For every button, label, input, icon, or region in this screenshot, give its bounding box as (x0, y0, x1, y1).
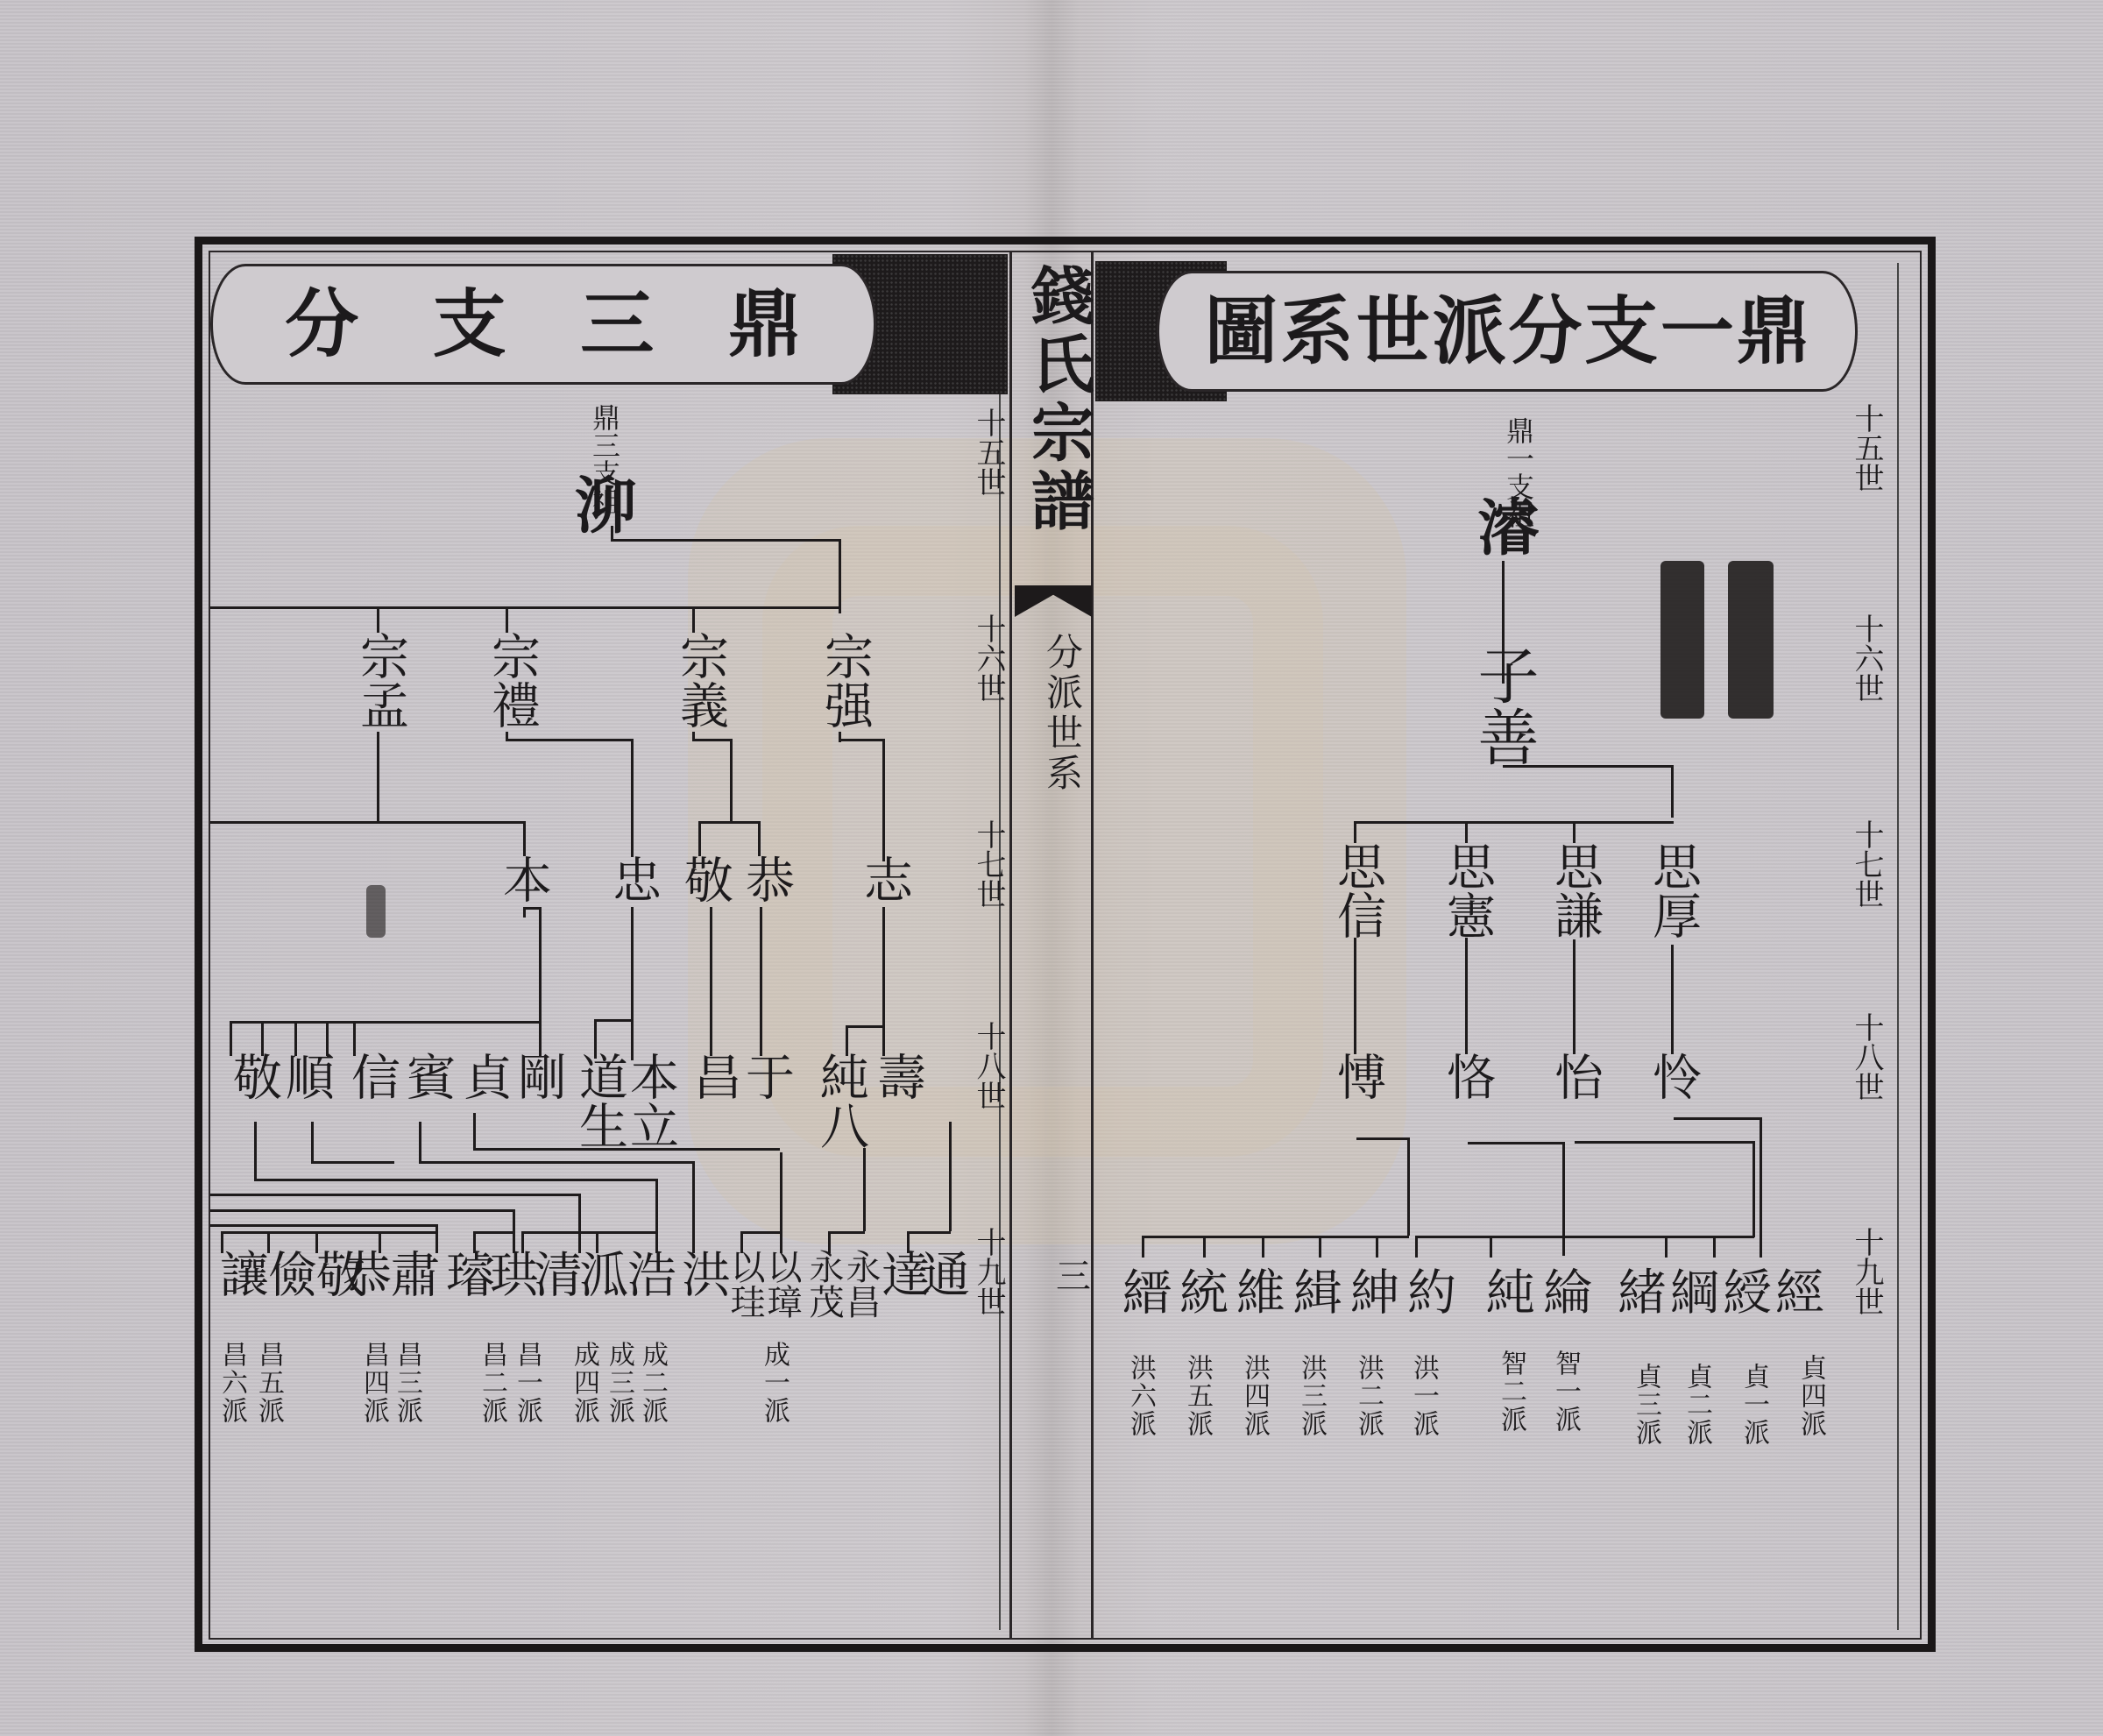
person-name: 綬 (1717, 1266, 1768, 1315)
person-name: 綱 (1665, 1266, 1716, 1315)
person-name: 紳 (1345, 1266, 1396, 1315)
tree-line (631, 907, 634, 1060)
tree-line (1415, 1236, 1754, 1238)
branch-note: 昌六派 (217, 1341, 245, 1425)
tree-line (1503, 765, 1672, 768)
branch-note: 成一派 (760, 1341, 788, 1425)
title-char: 分 (285, 287, 358, 361)
tree-line (1760, 1117, 1762, 1258)
person-name: 綸 (1538, 1266, 1589, 1315)
tree-line (1142, 1236, 1144, 1258)
tree-line (210, 821, 526, 824)
ink-smudge (1728, 561, 1774, 719)
tree-line (539, 907, 542, 1056)
generation-label: 十七世 (1851, 819, 1882, 909)
tree-line (1674, 1117, 1761, 1120)
branch-note: 昌五派 (254, 1341, 282, 1425)
generation-label: 十九世 (1851, 1227, 1882, 1316)
tree-line (230, 1021, 541, 1024)
tree-line (523, 821, 526, 856)
tree-line (1490, 1236, 1492, 1258)
generation-label: 十九世 (973, 1227, 1004, 1316)
branch-note: 貞二派 (1682, 1363, 1710, 1447)
person-name: 賓 (401, 1052, 452, 1101)
tree-line (1573, 939, 1575, 1054)
title-char: 一 (1660, 294, 1734, 368)
person-name: 本 (498, 854, 549, 903)
tree-line (578, 1194, 581, 1253)
person-name: 讓 (215, 1249, 266, 1298)
tree-line (780, 1152, 782, 1253)
person-name: 思厚 (1647, 841, 1698, 939)
tree-line (698, 821, 760, 824)
branch-note: 洪一派 (1409, 1354, 1437, 1438)
title-cartouche: 分 支 三 鼎 (210, 264, 876, 385)
person-name: 宗禮 (486, 631, 537, 729)
tree-line (692, 606, 695, 633)
person-name: 思憲 (1441, 841, 1492, 939)
tree-line (1354, 821, 1356, 843)
person-name: 昌 (688, 1052, 739, 1101)
spine-rule-left (1009, 251, 1012, 1640)
tree-line (828, 1231, 865, 1234)
tree-line (949, 1122, 952, 1231)
tree-line (1262, 1236, 1264, 1258)
tree-line (655, 1179, 658, 1253)
tree-line (1573, 821, 1575, 843)
tree-line (1713, 1236, 1716, 1258)
tree-line (1142, 1236, 1409, 1238)
person-name: 璿 (441, 1249, 492, 1298)
branch-note: 智二派 (1497, 1350, 1525, 1434)
branch-note: 洪二派 (1354, 1354, 1382, 1438)
branch-note: 昌二派 (478, 1341, 506, 1425)
generation-label: 十七世 (973, 819, 1004, 909)
title-char: 分 (1508, 294, 1582, 368)
tree-line (506, 606, 508, 633)
tree-line (523, 907, 541, 910)
person-name: 以璋 (762, 1249, 801, 1319)
tree-line (594, 1019, 633, 1022)
page-number: 三 (1056, 1249, 1091, 1299)
person-name: 達 (876, 1249, 927, 1298)
person-name: 永昌 (841, 1249, 880, 1319)
branch-note: 昌一派 (513, 1341, 541, 1425)
person-name: 志 (859, 854, 910, 903)
branch-note: 洪三派 (1297, 1354, 1325, 1438)
tree-line (1407, 1137, 1410, 1236)
branch-note: 昌三派 (393, 1341, 421, 1425)
tree-line (730, 739, 733, 822)
person-name: 經 (1770, 1266, 1821, 1315)
title-char: 圖 (1204, 294, 1278, 368)
tree-line (1671, 945, 1674, 1054)
person-name: 以珪 (726, 1249, 764, 1319)
tree-line (631, 739, 634, 857)
tree-line (419, 1161, 695, 1164)
ink-smudge (1660, 561, 1704, 719)
tree-line (1671, 765, 1674, 818)
person-name: 純八 (815, 1052, 866, 1150)
tree-line (1468, 1142, 1564, 1144)
tree-line (230, 1021, 232, 1056)
person-name: 純 (1481, 1266, 1532, 1315)
person-name: 順 (280, 1052, 331, 1101)
person-name: 緝 (1288, 1266, 1339, 1315)
tree-line (1665, 1236, 1668, 1258)
tree-line (1490, 1236, 1564, 1238)
tree-line (692, 1161, 695, 1253)
title-char: 系 (1280, 294, 1354, 368)
tree-line (473, 1148, 780, 1151)
branch-note: 成二派 (638, 1341, 666, 1425)
tree-line (698, 821, 701, 856)
tree-line (758, 821, 761, 856)
person-name: 永茂 (804, 1249, 843, 1319)
tree-line (1319, 1236, 1321, 1258)
tree-line (311, 1161, 394, 1164)
person-name: 愽 (1332, 1052, 1383, 1101)
person-name: 敬 (311, 1249, 362, 1298)
person-name: 怜 (1647, 1052, 1698, 1101)
title-char: 三 (580, 287, 654, 361)
tree-line (863, 1148, 866, 1231)
title-char: 世 (1356, 294, 1430, 368)
section-label: 分派世系 (1043, 633, 1081, 794)
branch-note: 昌四派 (359, 1341, 387, 1425)
branch-note: 貞三派 (1632, 1363, 1660, 1447)
tree-line (1575, 1141, 1754, 1144)
tree-line (1752, 1141, 1755, 1237)
tree-line (311, 1122, 314, 1161)
tree-line (907, 1231, 951, 1234)
founder-name: 泖 (570, 473, 633, 535)
person-name: 約 (1402, 1266, 1453, 1315)
person-name: 子善 (1472, 644, 1535, 767)
person-name: 縉 (1117, 1266, 1168, 1315)
title-char: 派 (1433, 294, 1506, 368)
person-name: 剛 (513, 1052, 563, 1101)
person-name: 宗義 (675, 631, 726, 729)
tree-line (692, 739, 732, 741)
tree-line (254, 1122, 257, 1179)
book-title: 錢氏宗譜 (1027, 263, 1088, 536)
branch-note: 智一派 (1551, 1350, 1579, 1434)
generation-label: 十五世 (1851, 403, 1882, 492)
person-name: 緒 (1612, 1266, 1663, 1315)
left-page-title-banner: 分 支 三 鼎 (210, 254, 1008, 394)
person-name: 洪 (676, 1249, 727, 1298)
tree-line (1415, 1236, 1418, 1258)
title-char: 支 (433, 287, 506, 361)
right-page-title-banner: 圖 系 世 派 分 支 一 鼎 (1095, 261, 1919, 401)
tree-line (210, 1224, 438, 1227)
tree-line (377, 606, 379, 633)
person-name: 貞 (458, 1052, 509, 1101)
tree-line (839, 739, 884, 741)
tree-line (1465, 821, 1468, 843)
tree-line (419, 1122, 421, 1161)
branch-note: 貞一派 (1739, 1363, 1767, 1447)
title-char: 支 (1584, 294, 1658, 368)
branch-note: 貞四派 (1796, 1354, 1824, 1438)
tree-line (210, 1209, 515, 1212)
person-name: 儉 (263, 1249, 314, 1298)
generation-label: 十六世 (973, 613, 1004, 703)
person-name: 肅 (386, 1249, 436, 1298)
tree-line (1465, 938, 1468, 1054)
tree-line (473, 1113, 476, 1148)
tree-line (473, 1231, 515, 1234)
tree-line (1562, 1142, 1565, 1256)
generation-label: 十六世 (1851, 613, 1882, 703)
tree-line (710, 907, 712, 1056)
person-name: 維 (1231, 1266, 1282, 1315)
tree-line (740, 1231, 782, 1234)
person-name: 恭 (740, 854, 791, 903)
person-name: 于 (740, 1052, 791, 1101)
person-name: 壽 (872, 1052, 923, 1101)
generation-label: 十八世 (973, 1021, 1004, 1110)
generation-label: 十五世 (973, 407, 1004, 497)
tree-line (1376, 1236, 1378, 1258)
title-char: 鼎 (728, 287, 802, 361)
tree-line (210, 1194, 578, 1196)
generation-rule-left (999, 394, 1001, 1630)
branch-note: 成四派 (570, 1341, 598, 1425)
tree-line (506, 739, 633, 741)
tree-line (760, 907, 762, 1056)
branch-note: 洪五派 (1183, 1354, 1211, 1438)
tree-line (326, 1021, 329, 1056)
tree-line (1203, 1236, 1206, 1258)
person-name: 浩 (622, 1249, 673, 1298)
person-name: 思信 (1332, 841, 1383, 939)
tree-line (1354, 938, 1356, 1054)
tree-line (611, 539, 841, 542)
tree-line (1356, 1137, 1409, 1140)
tree-line (839, 539, 841, 613)
person-name: 敬 (679, 854, 730, 903)
person-name: 宗孟 (355, 631, 406, 729)
tree-line (846, 1025, 885, 1028)
branch-note: 洪四派 (1240, 1354, 1268, 1438)
person-name: 恪 (1441, 1052, 1492, 1101)
tree-line (353, 1021, 356, 1056)
title-cartouche: 圖 系 世 派 分 支 一 鼎 (1157, 271, 1858, 392)
ink-smudge (366, 885, 386, 938)
person-name: 忠 (607, 854, 658, 903)
tree-line (294, 1021, 297, 1056)
branch-note: 洪六派 (1126, 1354, 1154, 1438)
title-char: 鼎 (1737, 294, 1810, 368)
tree-line (254, 1179, 657, 1181)
tree-line (521, 1231, 657, 1234)
person-name: 本立 (625, 1052, 676, 1150)
tree-line (221, 1231, 435, 1234)
person-name: 敬 (228, 1052, 279, 1101)
tree-line (1354, 821, 1674, 824)
tree-line (261, 1021, 264, 1056)
tree-line (377, 732, 379, 824)
person-name: 宗强 (819, 631, 870, 729)
tree-line (882, 739, 885, 861)
founder-name: 濬 (1472, 495, 1535, 556)
tree-line (210, 606, 841, 609)
generation-rule-right (1897, 263, 1899, 1630)
person-name: 信 (346, 1052, 397, 1101)
generation-label: 十八世 (1851, 1012, 1882, 1102)
branch-note: 成三派 (605, 1341, 633, 1425)
person-name: 怡 (1549, 1052, 1600, 1101)
person-name: 統 (1174, 1266, 1225, 1315)
person-name: 道生 (574, 1052, 625, 1150)
tree-line (882, 907, 885, 1056)
person-name: 思謙 (1549, 841, 1600, 939)
